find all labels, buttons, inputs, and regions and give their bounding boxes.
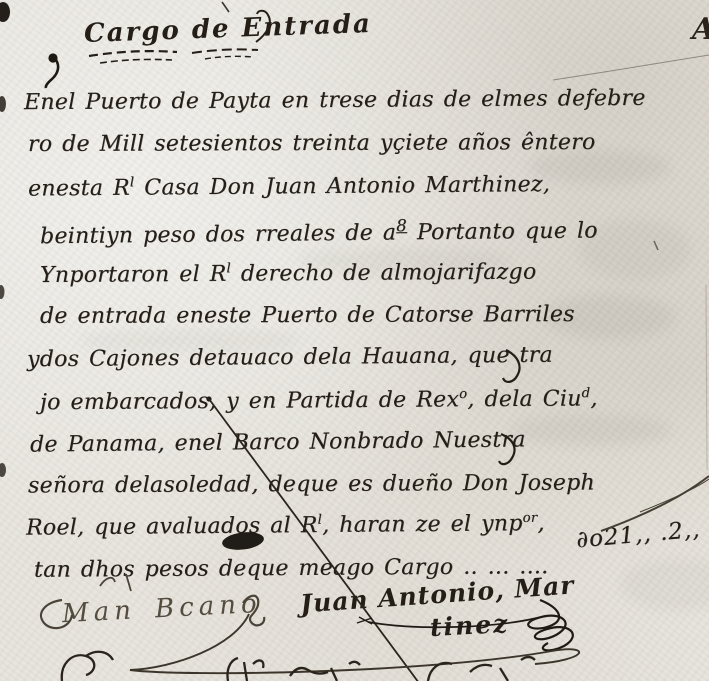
manuscript-line: Roel, que avaluados al Rl, haran ze el y… [26,511,545,541]
manuscript-line: ydos Cajones detauaco dela Hauana, que t… [27,343,553,373]
manuscript-line: Ynportaron el Rl derecho de almojarifazg… [40,259,537,288]
bleedthrough-smudge [620,560,709,610]
page-title: Cargo de Entrada [84,9,373,49]
manuscript-line: enesta Rl Casa Don Juan Antonio Marthine… [28,172,550,202]
manuscript-line-segment: , dela Ciu [467,386,581,412]
amount-notation: ∂o21,, .2,, [575,517,701,554]
manuscript-line-segment: , [590,386,597,411]
manuscript-line: beintiyn peso dos rreales de a8 Portanto… [40,214,598,249]
manuscript-line-segment: Ynportaron el R [40,262,227,288]
top-edge-mark [222,2,229,12]
manuscript-line: jo embarcados, y en Partida de Rexo, del… [40,386,598,415]
manuscript-line-segment: de entrada eneste Puerto de Catorse Barr… [40,302,575,329]
manuscript-line-segment: jo embarcados, y en Partida de Rex [40,387,459,415]
manuscript-line-segment: de Panama, enel Barco Nonbrado Nuestra [30,427,526,457]
bleedthrough-smudge [510,415,670,445]
manuscript-line-segment: , haran ze el ynp [322,511,523,538]
cutoff-corner-letter: A [692,12,709,47]
right-fold-line [706,285,707,470]
manuscript-line-segment: beintiyn peso dos rreales de a [40,221,396,250]
manuscript-line: ro de Mill setesientos treinta yçiete añ… [28,130,596,157]
manuscript-line-segment: derecho de almojarifazgo [231,260,537,287]
page-title-text: Cargo de Entrada [84,9,373,49]
manuscript-line: Enel Puerto de Payta en trese dias de el… [24,86,646,115]
manuscript-line-segment: Casa Don Juan Antonio Marthinez, [134,172,550,201]
signature-martinez: tinez [429,609,510,642]
manuscript-line-segment: Roel, que avaluados al R [26,513,318,541]
manuscript-line: de entrada eneste Puerto de Catorse Barr… [40,302,575,329]
underline-sweep-flourish [130,614,579,673]
signature-left-official: Man Bcano [61,589,262,629]
manuscript-line-segment: Portanto que lo [407,218,598,245]
manuscript-line-segment: señora delasoledad, deque es dueño Don J… [28,471,595,499]
manuscript-line-segment: 8 [396,216,407,235]
manuscript-line-segment: Enel Puerto de Payta en trese dias de el… [24,86,646,115]
title-underline [89,49,258,63]
manuscript-line-segment: , [537,511,545,536]
bottom-cutoff-glyphs [62,652,535,681]
manuscript-line-segment: or [523,511,538,526]
title-left-flourish [46,53,58,88]
manuscript-line-segment: ro de Mill setesientos treinta yçiete añ… [28,130,596,157]
manuscript-page: Cargo de Entrada Enel Puerto de Payta en… [0,0,709,681]
manuscript-line: de Panama, enel Barco Nonbrado Nuestra [30,427,526,457]
manuscript-line-segment: ydos Cajones detauaco dela Hauana, que t… [27,343,553,373]
faint-scratch-line [553,55,709,80]
manuscript-line: señora delasoledad, deque es dueño Don J… [28,471,595,499]
manuscript-line-segment: enesta R [28,176,130,202]
